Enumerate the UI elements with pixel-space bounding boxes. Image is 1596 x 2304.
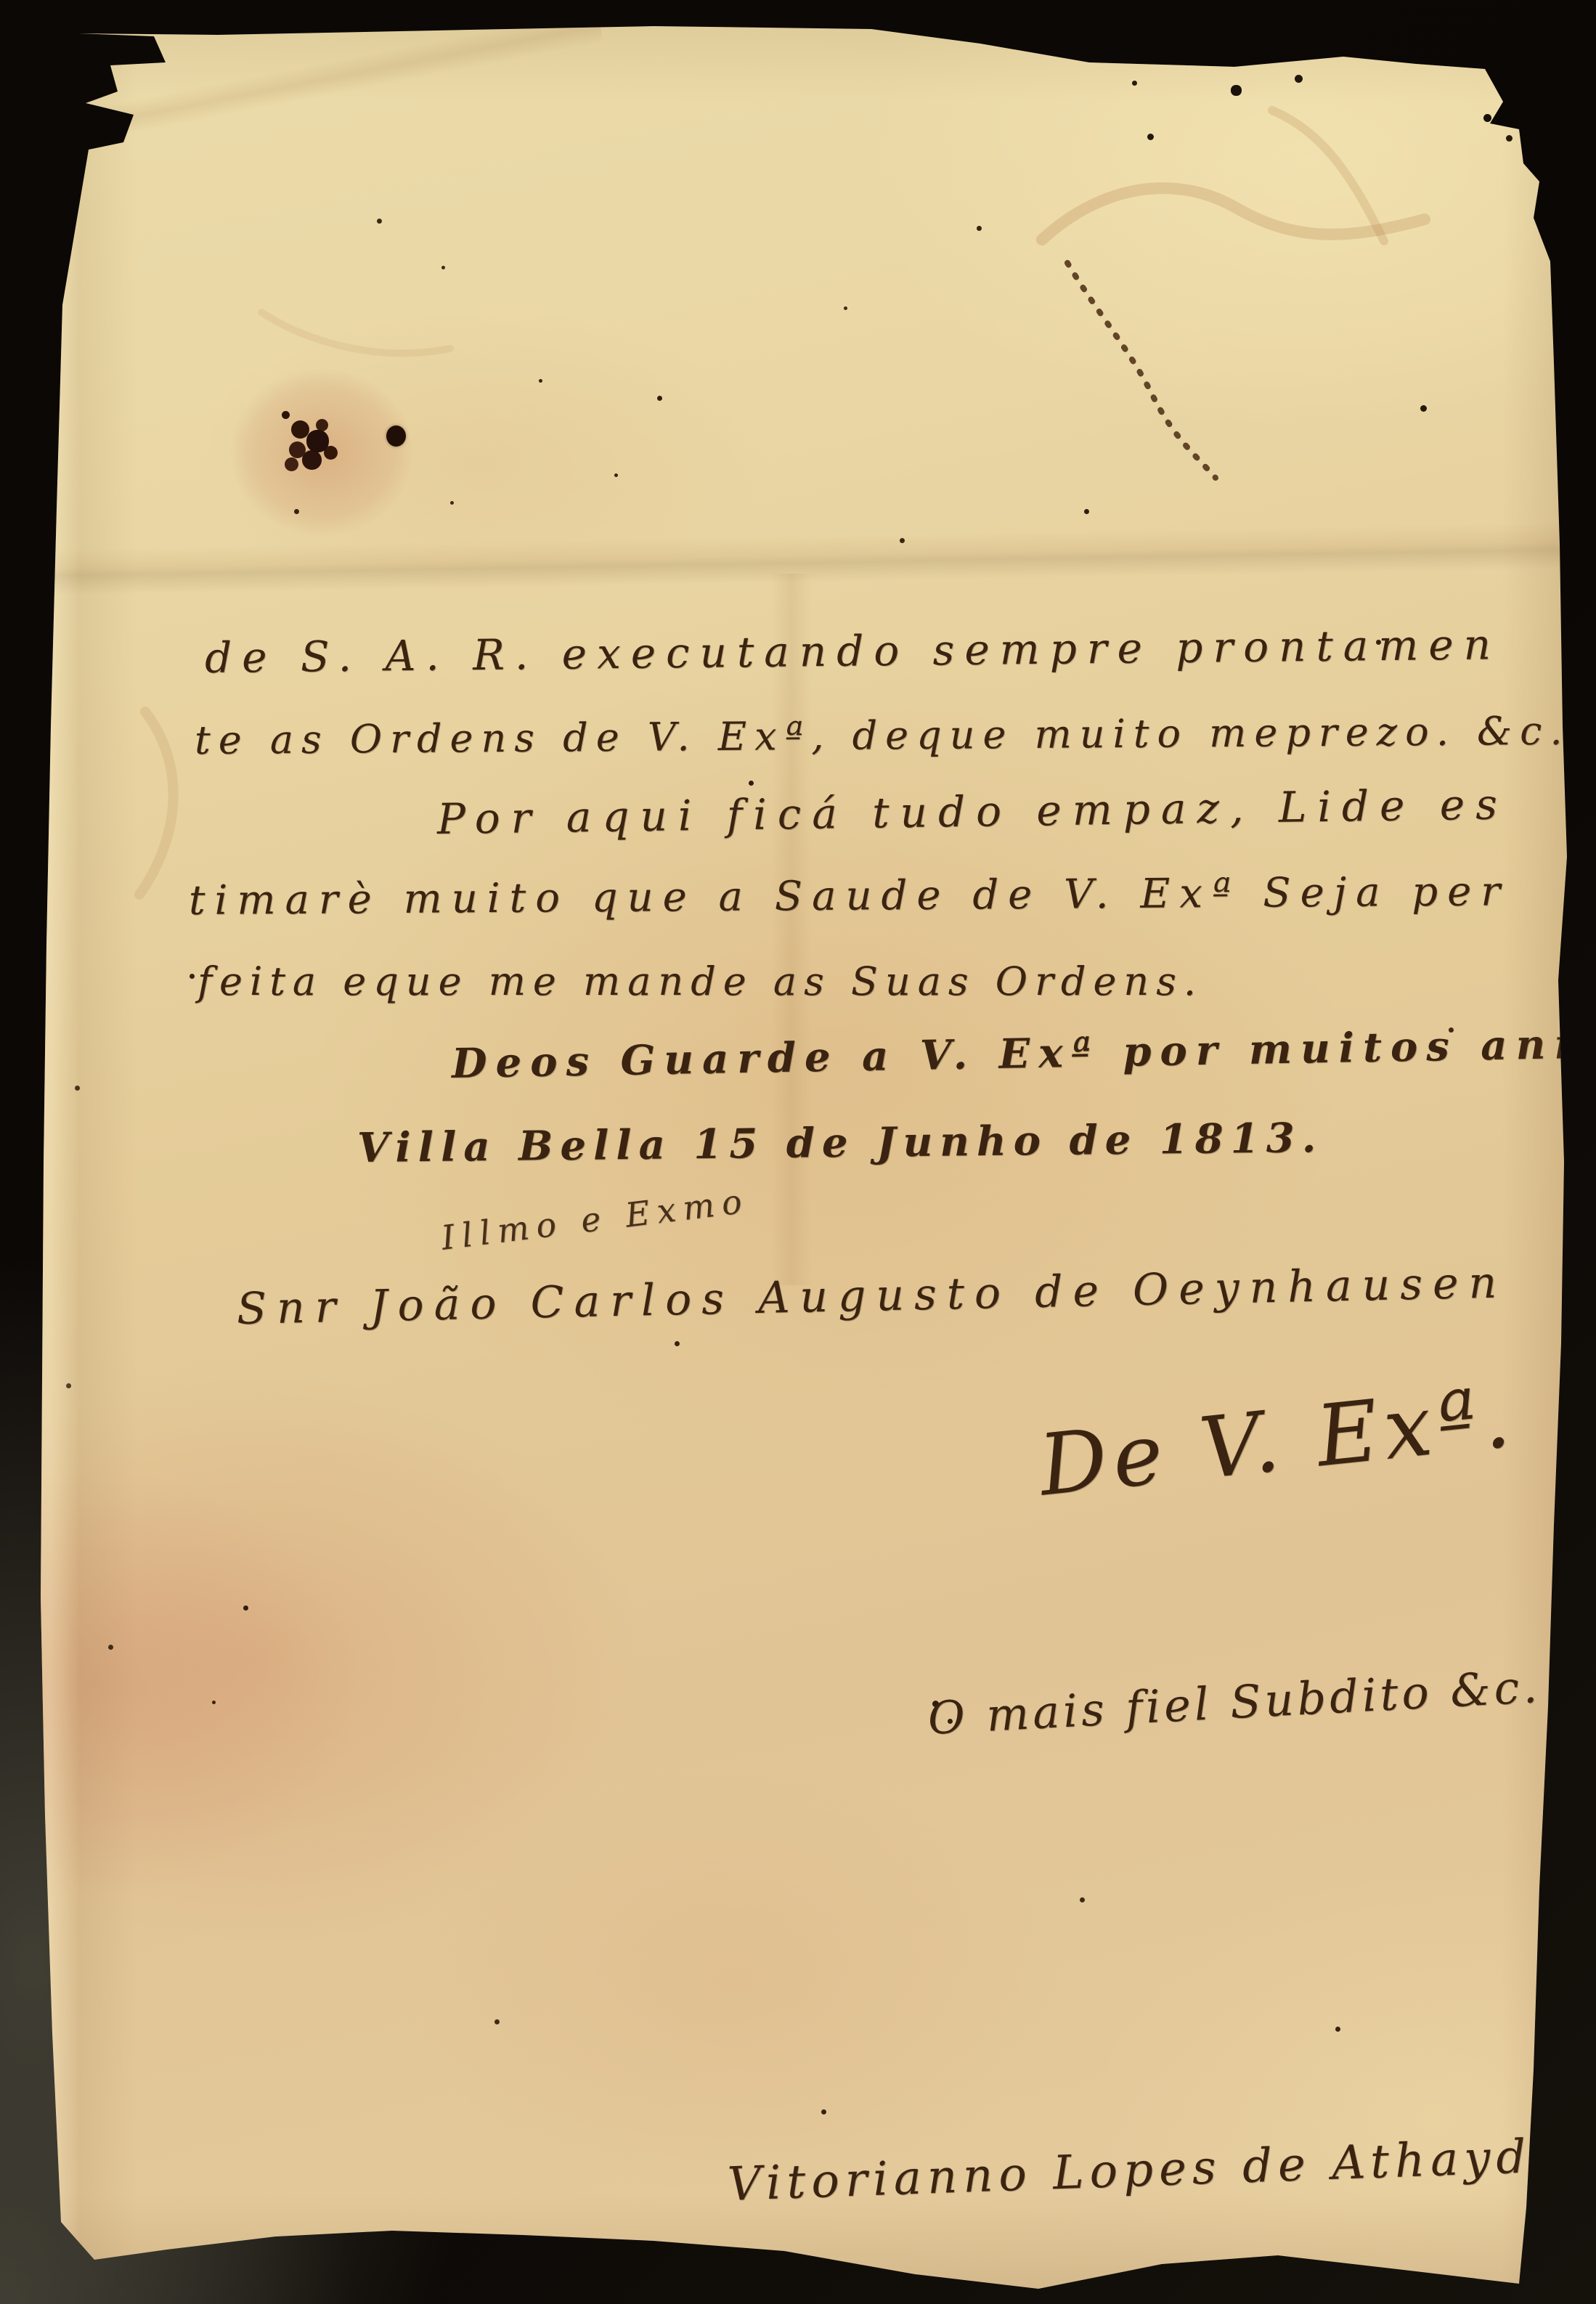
photo-background: { "photo": { "background_color": "#0b070… [0,0,1596,2304]
letter-line-5: feita eque me mande as Suas Ordens. [198,958,1203,1004]
letter-dateline: Villa Bella 15 de Junho de 1813. [357,1114,1324,1172]
letter-line-4: timarè muito que a Saude de V. Exª Seja … [189,868,1510,924]
document-page: de S. A. R. executando sempre prontamen … [0,0,1596,2304]
ink-speck-trail [1067,263,1216,478]
letter-line-2: te as Ordens de V. Exª, deque muito mepr… [195,708,1571,763]
photograph: de S. A. R. executando sempre prontamen … [0,0,1596,2304]
paper-specks [0,0,4,4]
